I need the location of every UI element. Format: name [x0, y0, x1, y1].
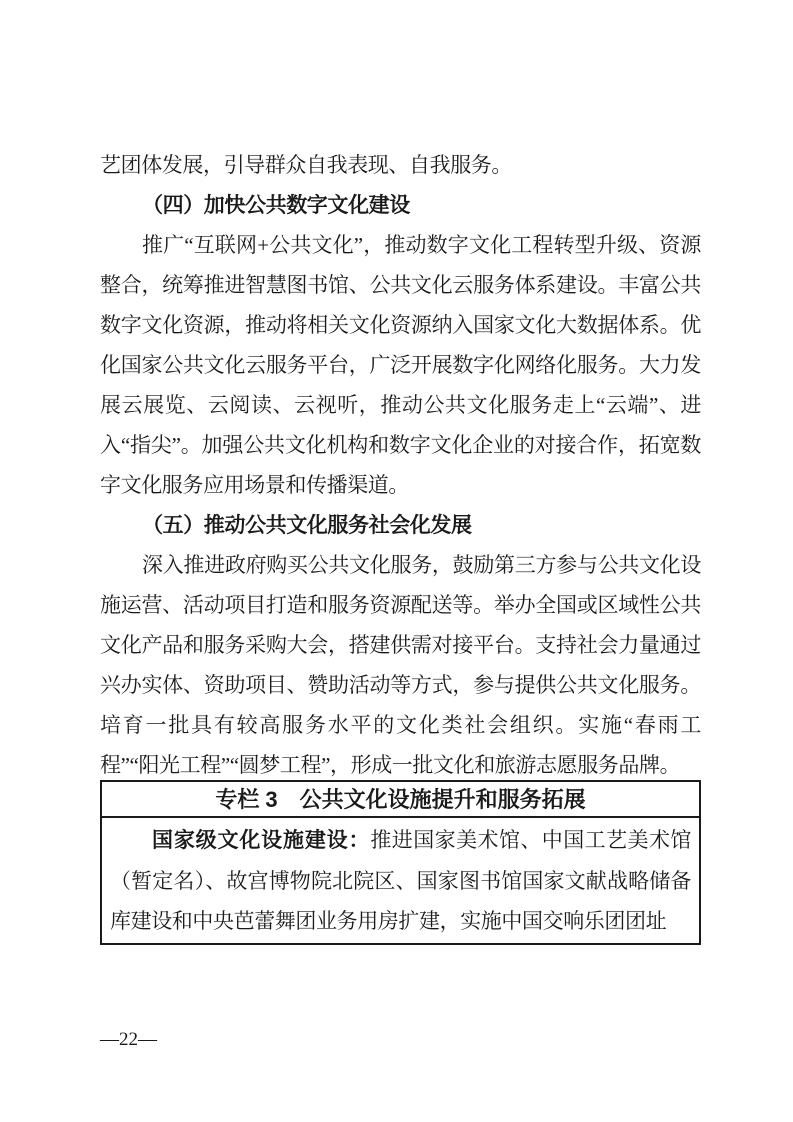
document-page: 艺团体发展，引导群众自我表现、自我服务。 （四）加快公共数字文化建设 推广“互联… [0, 0, 793, 1122]
paragraph-section-four: 推广“互联网+公共文化”，推动数字文化工程转型升级、资源整合，统筹推进智慧图书馆… [100, 225, 701, 505]
section-heading-four: （四）加快公共数字文化建设 [100, 185, 701, 225]
page-body: 艺团体发展，引导群众自我表现、自我服务。 （四）加快公共数字文化建设 推广“互联… [100, 145, 701, 945]
callout-box-body: 国家级文化设施建设：推进国家美术馆、中国工艺美术馆（暂定名）、故宫博物院北院区、… [102, 818, 699, 943]
section-heading-five: （五）推动公共文化服务社会化发展 [100, 505, 701, 545]
callout-lead-in: 国家级文化设施建设： [152, 829, 370, 852]
page-number: —22— [100, 1028, 157, 1052]
callout-box-title: 专栏 3 公共文化设施提升和服务拓展 [102, 782, 699, 818]
callout-box: 专栏 3 公共文化设施提升和服务拓展 国家级文化设施建设：推进国家美术馆、中国工… [100, 780, 701, 945]
paragraph-continuation: 艺团体发展，引导群众自我表现、自我服务。 [100, 145, 701, 185]
paragraph-section-five: 深入推进政府购买公共文化服务，鼓励第三方参与公共文化设施运营、活动项目打造和服务… [100, 545, 701, 785]
